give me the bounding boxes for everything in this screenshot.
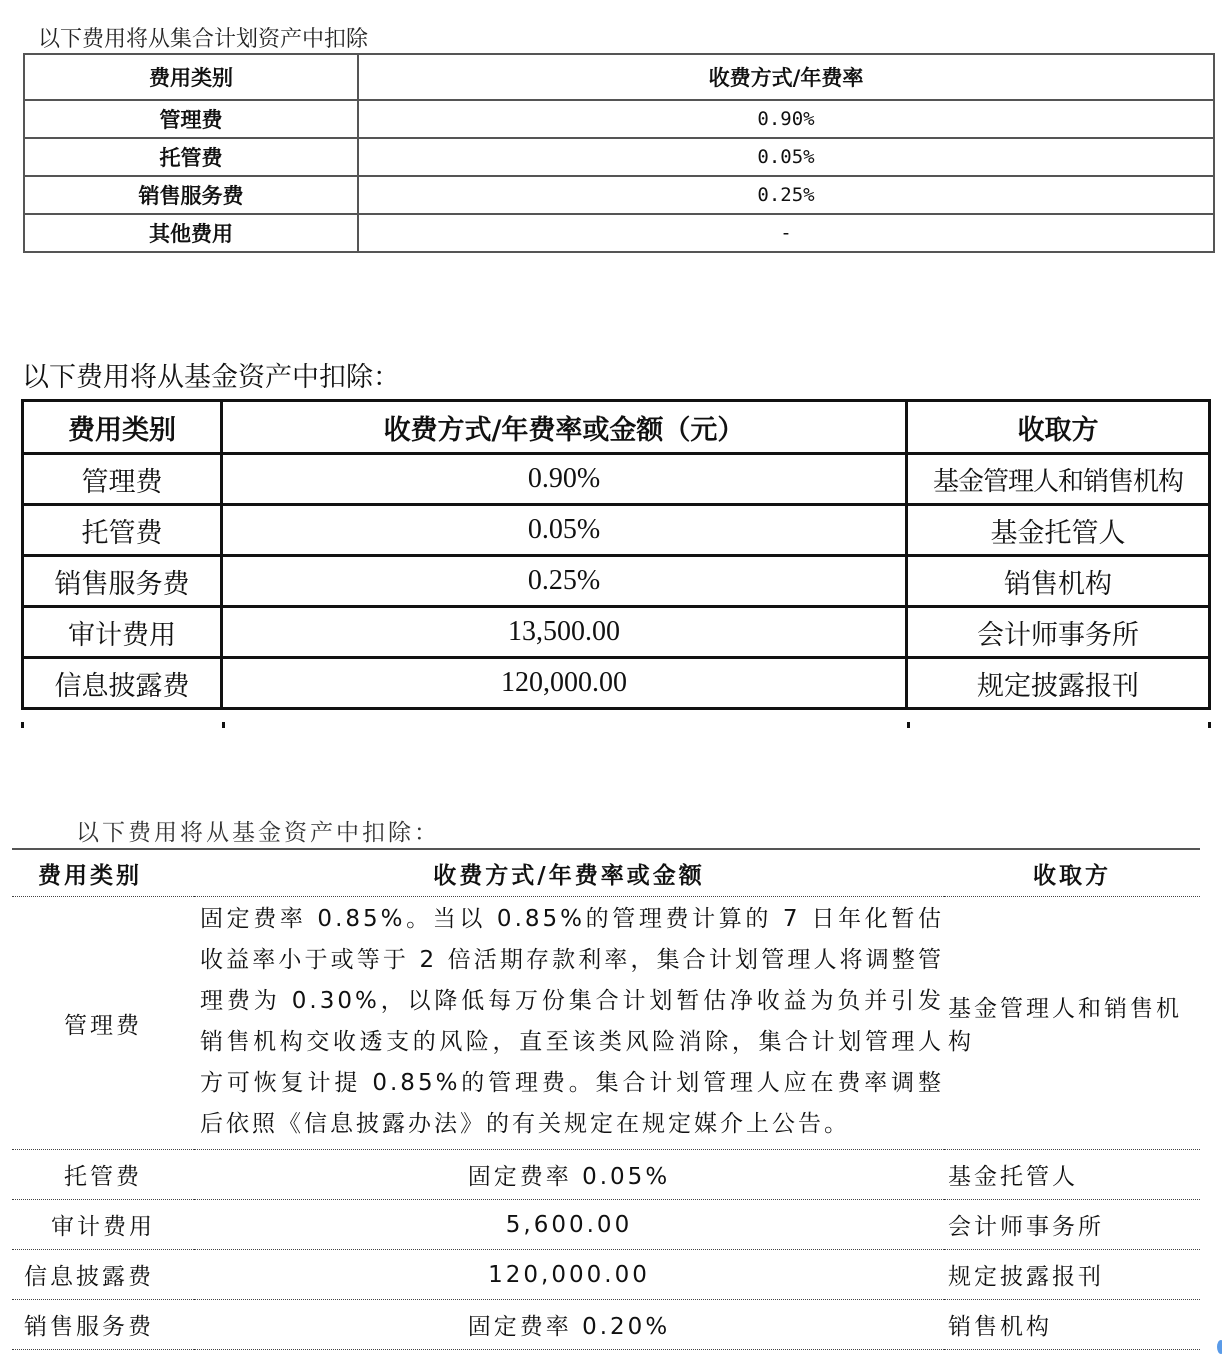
fee-recipient: 会计师事务所	[907, 607, 1210, 658]
fee-recipient: 规定披露报刊	[944, 1250, 1200, 1300]
fee-table-fund-assets: 费用类别 收费方式/年费率或金额（元） 收取方 管理费 0.90% 基金管理人和…	[21, 399, 1211, 710]
table-row: 信息披露费 120,000.00 规定披露报刊	[12, 1250, 1200, 1300]
fee-category: 审计费用	[12, 1200, 194, 1250]
header-fee-category: 费用类别	[12, 850, 194, 897]
table-header-row: 费用类别 收费方式/年费率或金额 收取方	[12, 850, 1200, 897]
table-row: 托管费 0.05%	[24, 138, 1214, 176]
fee-category: 销售服务费	[12, 1300, 194, 1350]
table-row: 托管费 固定费率 0.05% 基金托管人	[12, 1150, 1200, 1200]
table-row: 销售服务费 0.25%	[24, 176, 1214, 214]
table-row: 审计费用 5,600.00 会计师事务所	[12, 1200, 1200, 1250]
fee-category: 其他费用	[24, 214, 358, 252]
edge-marker-dot	[1217, 1340, 1222, 1354]
fee-rate-description: 固定费率 0.85%。当以 0.85%的管理费计算的 7 日年化暂估收益率小于或…	[194, 897, 944, 1150]
fee-table-fund-assets-detailed: 费用类别 收费方式/年费率或金额 收取方 管理费 固定费率 0.85%。当以 0…	[12, 850, 1200, 1350]
fee-category: 信息披露费	[12, 1250, 194, 1300]
fee-rate: 0.05%	[222, 505, 907, 556]
header-fee-rate: 收费方式/年费率	[358, 54, 1214, 100]
fee-amount: 13,500.00	[222, 607, 907, 658]
fee-recipient: 基金托管人	[944, 1150, 1200, 1200]
fee-category: 管理费	[23, 454, 222, 505]
table-row: 审计费用 13,500.00 会计师事务所	[23, 607, 1210, 658]
fee-category: 托管费	[23, 505, 222, 556]
fee-category: 销售服务费	[24, 176, 358, 214]
header-fee-category: 费用类别	[23, 401, 222, 454]
fee-rate: 0.05%	[358, 138, 1214, 176]
fee-rate: 0.90%	[222, 454, 907, 505]
header-fee-category: 费用类别	[24, 54, 358, 100]
fee-category: 审计费用	[23, 607, 222, 658]
table-row: 管理费 0.90%	[24, 100, 1214, 138]
fee-category: 管理费	[12, 897, 194, 1150]
fee-rate: 0.25%	[222, 556, 907, 607]
table-row: 销售服务费 固定费率 0.20% 销售机构	[12, 1300, 1200, 1350]
divider	[222, 722, 225, 728]
fee-rate: 0.90%	[358, 100, 1214, 138]
fee-rate: 固定费率 0.05%	[194, 1150, 944, 1200]
fee-table-plan-assets: 费用类别 收费方式/年费率 管理费 0.90% 托管费 0.05% 销售服务费 …	[23, 53, 1215, 253]
table-row: 托管费 0.05% 基金托管人	[23, 505, 1210, 556]
table-row: 信息披露费 120,000.00 规定披露报刊	[23, 658, 1210, 709]
fee-rate: 固定费率 0.20%	[194, 1300, 944, 1350]
table-header-row: 费用类别 收费方式/年费率	[24, 54, 1214, 100]
header-fee-rate: 收费方式/年费率或金额（元）	[222, 401, 907, 454]
section3-caption: 以下费用将从基金资产中扣除：	[76, 814, 440, 847]
fee-category: 托管费	[24, 138, 358, 176]
fee-rate: -	[358, 214, 1214, 252]
table-row: 管理费 固定费率 0.85%。当以 0.85%的管理费计算的 7 日年化暂估收益…	[12, 897, 1200, 1150]
table-row: 管理费 0.90% 基金管理人和销售机构	[23, 454, 1210, 505]
fee-recipient: 基金管理人和销售机构	[907, 454, 1210, 505]
fee-category: 管理费	[24, 100, 358, 138]
header-fee-rate: 收费方式/年费率或金额	[194, 850, 944, 897]
table-header-row: 费用类别 收费方式/年费率或金额（元） 收取方	[23, 401, 1210, 454]
fee-category: 信息披露费	[23, 658, 222, 709]
fee-recipient: 规定披露报刊	[907, 658, 1210, 709]
divider	[907, 722, 910, 728]
table-cutoff-edge	[21, 722, 1211, 728]
section2-caption: 以下费用将从基金资产中扣除：	[22, 355, 400, 394]
fee-recipient: 基金托管人	[907, 505, 1210, 556]
header-recipient: 收取方	[944, 850, 1200, 897]
fee-amount: 120,000.00	[194, 1250, 944, 1300]
table-row: 其他费用 -	[24, 214, 1214, 252]
fee-category: 销售服务费	[23, 556, 222, 607]
fee-rate: 0.25%	[358, 176, 1214, 214]
section1-caption: 以下费用将从集合计划资产中扣除	[38, 22, 368, 53]
fee-category: 托管费	[12, 1150, 194, 1200]
fee-recipient: 会计师事务所	[944, 1200, 1200, 1250]
fee-recipient: 销售机构	[944, 1300, 1200, 1350]
header-recipient: 收取方	[907, 401, 1210, 454]
fee-recipient: 基金管理人和销售机构	[944, 897, 1200, 1150]
table-row: 销售服务费 0.25% 销售机构	[23, 556, 1210, 607]
fee-amount: 5,600.00	[194, 1200, 944, 1250]
fee-amount: 120,000.00	[222, 658, 907, 709]
fee-recipient: 销售机构	[907, 556, 1210, 607]
